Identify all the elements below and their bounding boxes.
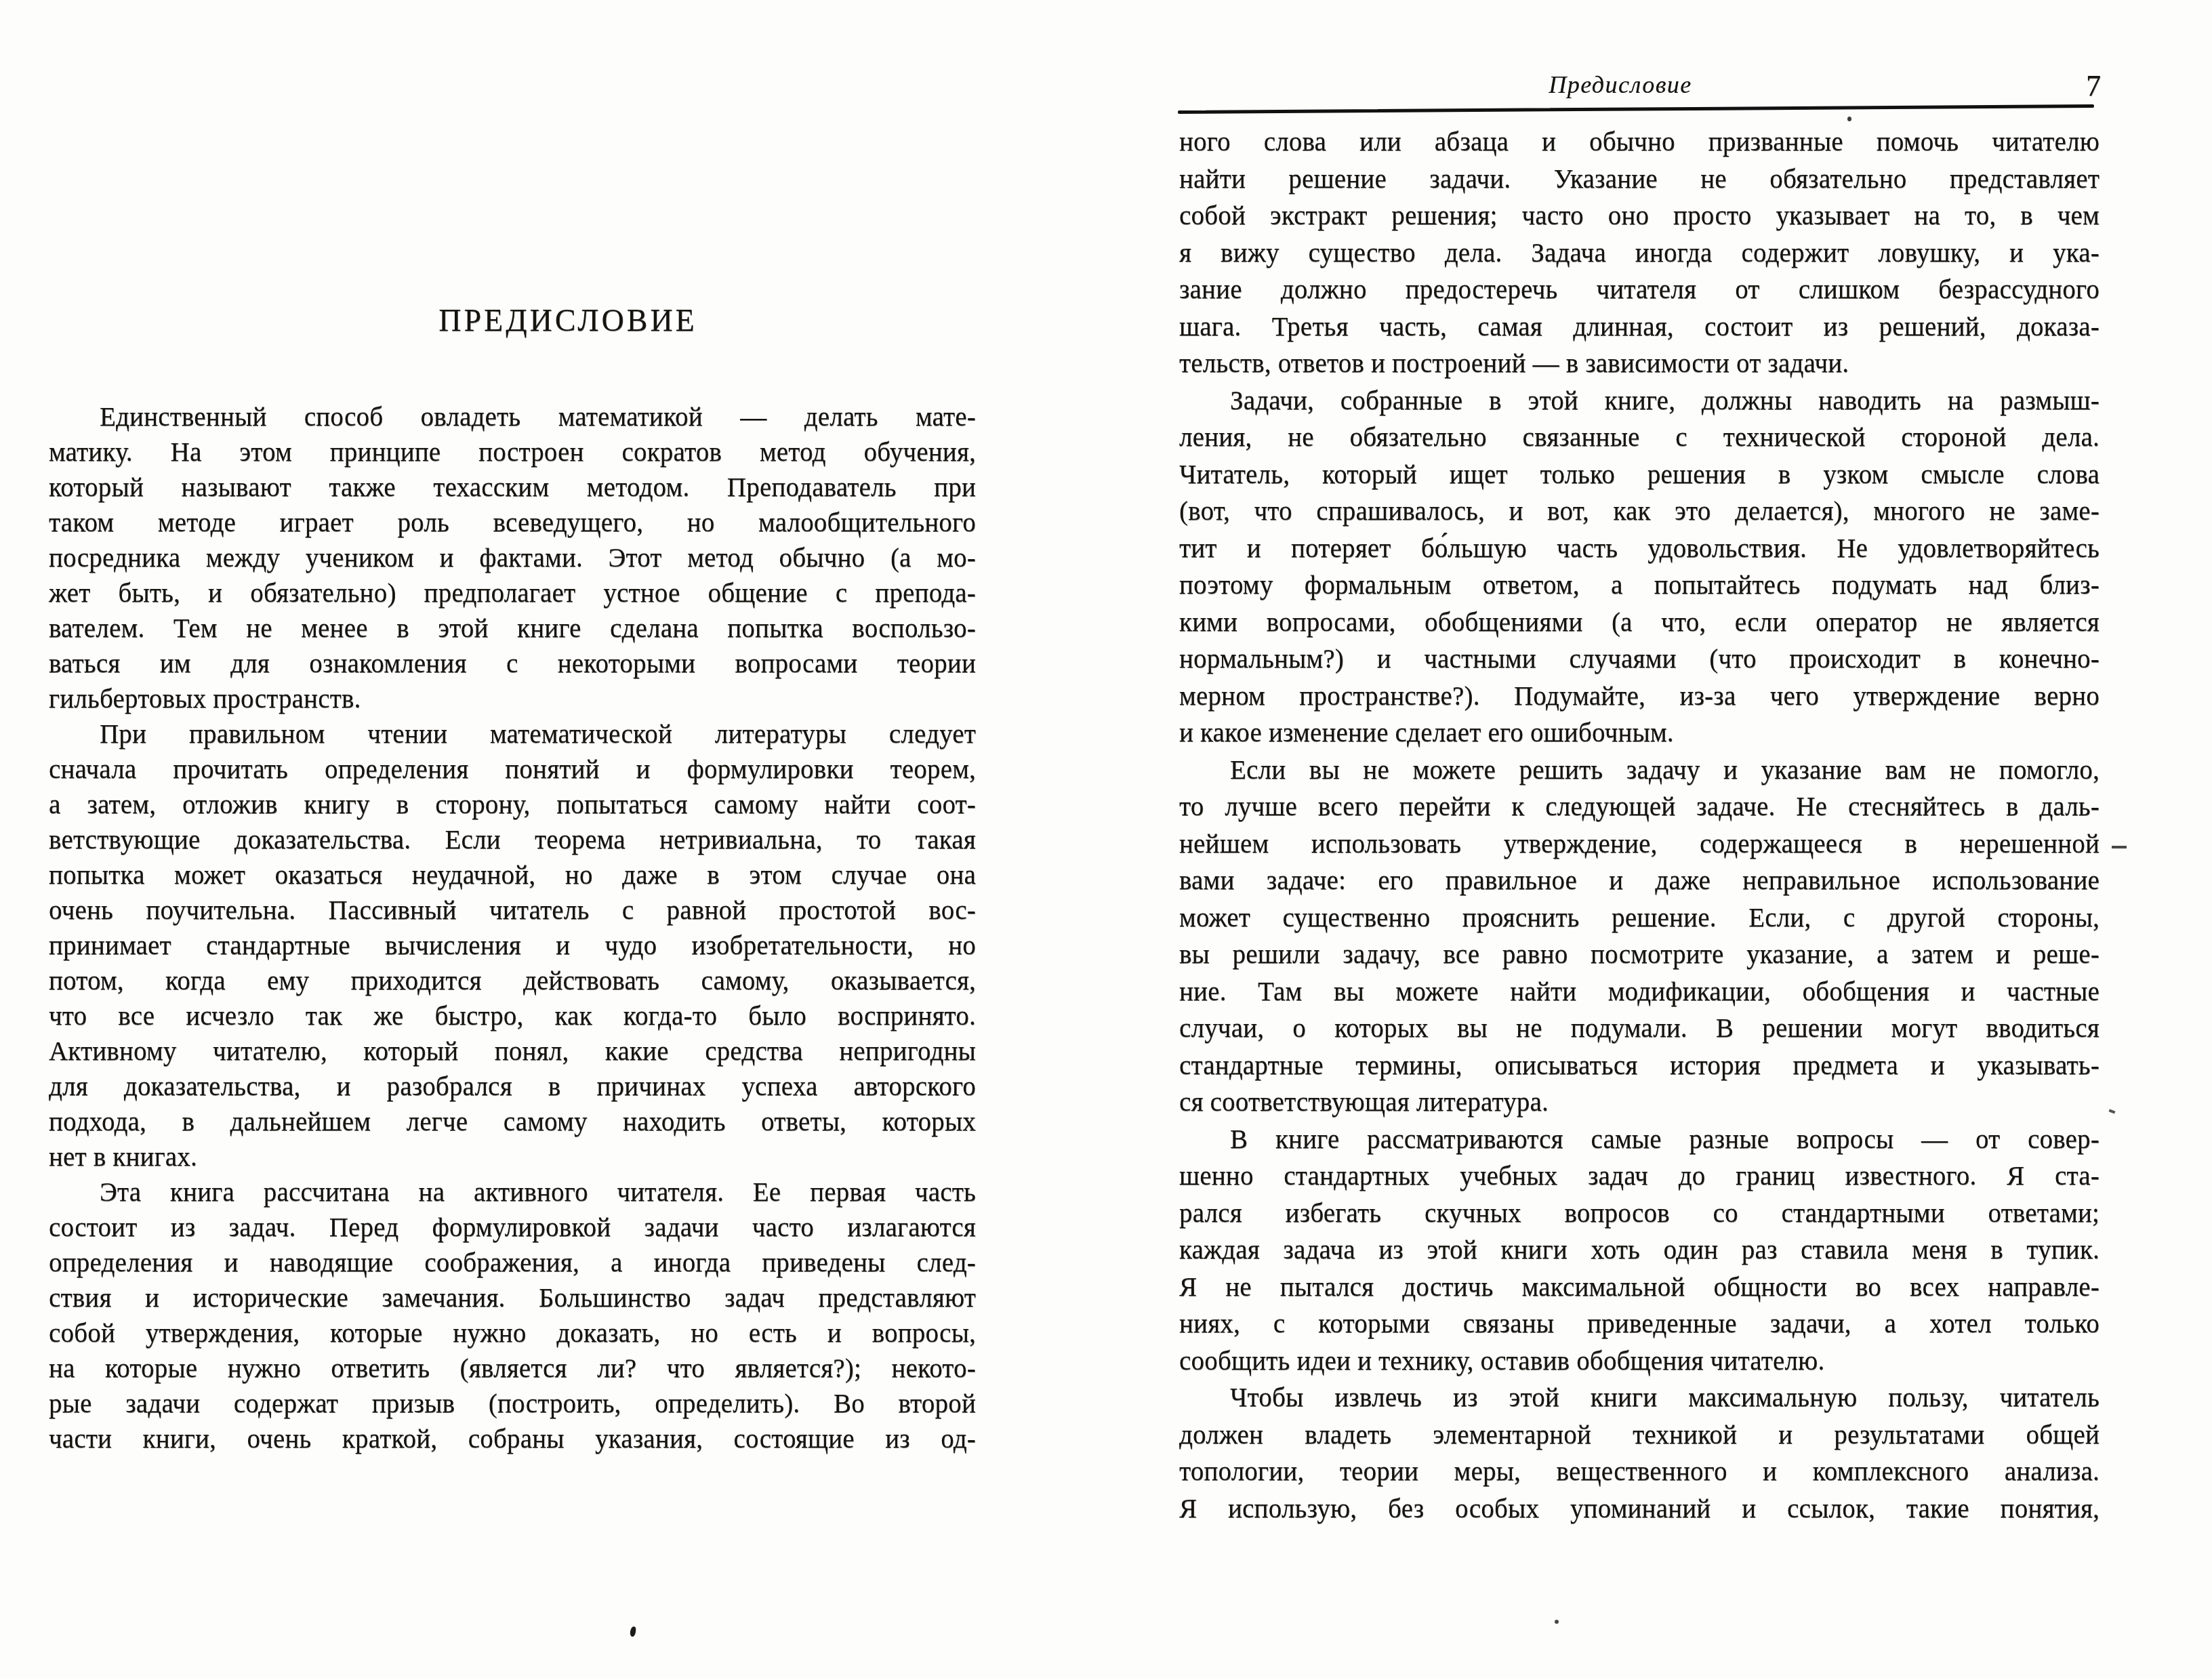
book-scan: ПРЕДИСЛОВИЕ Единственный способ овладеть… bbox=[0, 0, 2212, 1678]
text-line: Эта книга рассчитана на активного читате… bbox=[49, 1175, 976, 1210]
text-line: ного слова или абзаца и обычно призванны… bbox=[1179, 124, 2100, 161]
text-line: сообщить идеи и технику, оставив обобщен… bbox=[1179, 1343, 2100, 1380]
text-line: а затем, отложив книгу в сторону, попыта… bbox=[49, 787, 976, 823]
text-line: Читатель, который ищет только решения в … bbox=[1179, 457, 2100, 494]
text-line: нет в книгах. bbox=[49, 1140, 976, 1175]
text-line: вами задаче: его правильное и даже непра… bbox=[1179, 863, 2100, 900]
text-line: Я не пытался достичь максимальной общнос… bbox=[1179, 1269, 2100, 1307]
text-line: Задачи, собранные в этой книге, должны н… bbox=[1179, 383, 2100, 420]
text-line: (вот, что спрашивалось, и вот, как это д… bbox=[1179, 493, 2100, 531]
scan-artifact bbox=[630, 1626, 636, 1637]
text-line: матику. На этом принципе построен сократ… bbox=[49, 435, 976, 470]
text-line: Я использую, без особых упоминаний и ссы… bbox=[1179, 1491, 2100, 1528]
text-line: В книге рассматриваются самые разные воп… bbox=[1179, 1122, 2100, 1159]
text-line: найти решение задачи. Указание не обязат… bbox=[1179, 161, 2100, 199]
text-line: жет быть, и обязательно) предполагает ус… bbox=[49, 576, 976, 611]
text-line: части книги, очень краткой, собраны указ… bbox=[49, 1422, 976, 1457]
text-line: попытка может оказаться неудачной, но да… bbox=[49, 858, 976, 893]
text-line: Чтобы извлечь из этой книги максимальную… bbox=[1179, 1380, 2100, 1417]
right-page-text: ного слова или абзаца и обычно призванны… bbox=[1179, 124, 2100, 1528]
text-line: ние. Там вы можете найти модификации, об… bbox=[1179, 974, 2100, 1011]
text-line: случаи, о которых вы не подумали. В реше… bbox=[1179, 1010, 2100, 1048]
text-line: нейшем использовать утверждение, содержа… bbox=[1179, 826, 2100, 863]
text-line: При правильном чтении математической лит… bbox=[49, 717, 976, 752]
preface-title: ПРЕДИСЛОВИЕ bbox=[104, 305, 1031, 336]
text-line: поэтому формальным ответом, а попытайтес… bbox=[1179, 567, 2100, 605]
text-line: шенно стандартных учебных задач до грани… bbox=[1179, 1158, 2100, 1195]
text-line: тельств, ответов и построений — в зависи… bbox=[1179, 346, 2100, 383]
text-line: собой утверждения, которые нужно доказат… bbox=[49, 1316, 976, 1351]
text-line: ления, не обязательно связанные с технич… bbox=[1179, 419, 2100, 457]
left-page-text: Единственный способ овладеть математикой… bbox=[49, 400, 976, 1457]
text-line: рые задачи содержат призыв (построить, о… bbox=[49, 1387, 976, 1422]
text-line: рался избегать скучных вопросов со станд… bbox=[1179, 1195, 2100, 1233]
text-line: топологии, теории меры, вещественного и … bbox=[1179, 1454, 2100, 1491]
text-line: для доказательства, и разобрался в причи… bbox=[49, 1069, 976, 1105]
text-line: что все исчезло так же быстро, как когда… bbox=[49, 999, 976, 1034]
text-line: и какое изменение сделает его ошибочным. bbox=[1179, 715, 2100, 752]
text-line: определения и наводящие соображения, а и… bbox=[49, 1246, 976, 1281]
scan-artifact bbox=[1847, 117, 1851, 121]
left-page: ПРЕДИСЛОВИЕ Единственный способ овладеть… bbox=[0, 0, 1057, 1678]
text-line: нормальным?) и частными случаями (что пр… bbox=[1179, 641, 2100, 678]
text-line: должен владеть элементарной техникой и р… bbox=[1179, 1417, 2100, 1454]
page-number: 7 bbox=[2060, 71, 2101, 101]
text-line: очень поучительна. Пассивный читатель с … bbox=[49, 893, 976, 928]
text-line: вы решили задачу, все равно посмотрите у… bbox=[1179, 937, 2100, 974]
text-line: посредника между учеником и фактами. Это… bbox=[49, 541, 976, 576]
text-line: сначала прочитать определения понятий и … bbox=[49, 752, 976, 787]
text-line: стандартные термины, описываться история… bbox=[1179, 1048, 2100, 1085]
text-line: потом, когда ему приходится действовать … bbox=[49, 964, 976, 999]
text-line: ваться им для ознакомления с некоторыми … bbox=[49, 647, 976, 682]
text-line: ся соответствующая литература. bbox=[1179, 1084, 2100, 1122]
text-line: ветствующие доказательства. Если теорема… bbox=[49, 823, 976, 858]
right-page: Предисловие 7 ного слова или абзаца и об… bbox=[1057, 0, 2212, 1678]
text-line: Активному читателю, который понял, какие… bbox=[49, 1034, 976, 1069]
text-line: собой экстракт решения; часто оно просто… bbox=[1179, 198, 2100, 235]
text-line: зание должно предостеречь читателя от сл… bbox=[1179, 272, 2100, 309]
scan-artifact bbox=[2112, 846, 2127, 848]
scan-artifact bbox=[1555, 1620, 1559, 1624]
text-line: то лучше всего перейти к следующей задач… bbox=[1179, 789, 2100, 826]
text-line: Если вы не можете решить задачу и указан… bbox=[1179, 752, 2100, 790]
text-line: шага. Третья часть, самая длинная, состо… bbox=[1179, 309, 2100, 346]
text-line: ствия и исторические замечания. Большинс… bbox=[49, 1281, 976, 1316]
text-line: таком методе играет роль всеведущего, но… bbox=[49, 506, 976, 541]
text-line: тит и потеряет бо́льшую часть удовольств… bbox=[1179, 531, 2100, 568]
text-line: гильбертовых пространств. bbox=[49, 682, 976, 717]
text-line: подхода, в дальнейшем легче самому наход… bbox=[49, 1105, 976, 1140]
text-line: может существенно прояснить решение. Есл… bbox=[1179, 900, 2100, 937]
text-line: каждая задача из этой книги хоть один ра… bbox=[1179, 1232, 2100, 1269]
text-line: мерном пространстве?). Подумайте, из-за … bbox=[1179, 678, 2100, 716]
text-line: ниях, с которыми связаны приведенные зад… bbox=[1179, 1306, 2100, 1343]
header-rule bbox=[1178, 104, 2094, 114]
text-line: на которые нужно ответить (является ли? … bbox=[49, 1351, 976, 1387]
text-line: я вижу существо дела. Задача иногда соде… bbox=[1179, 235, 2100, 272]
text-line: Единственный способ овладеть математикой… bbox=[49, 400, 976, 435]
running-header: Предисловие bbox=[1160, 73, 2081, 97]
text-line: кими вопросами, обобщениями (а что, если… bbox=[1179, 605, 2100, 642]
text-line: принимает стандартные вычисления и чудо … bbox=[49, 928, 976, 964]
text-line: состоит из задач. Перед формулировкой за… bbox=[49, 1210, 976, 1246]
text-line: который называют также техасским методом… bbox=[49, 470, 976, 506]
text-line: вателем. Тем не менее в этой книге сдела… bbox=[49, 611, 976, 647]
